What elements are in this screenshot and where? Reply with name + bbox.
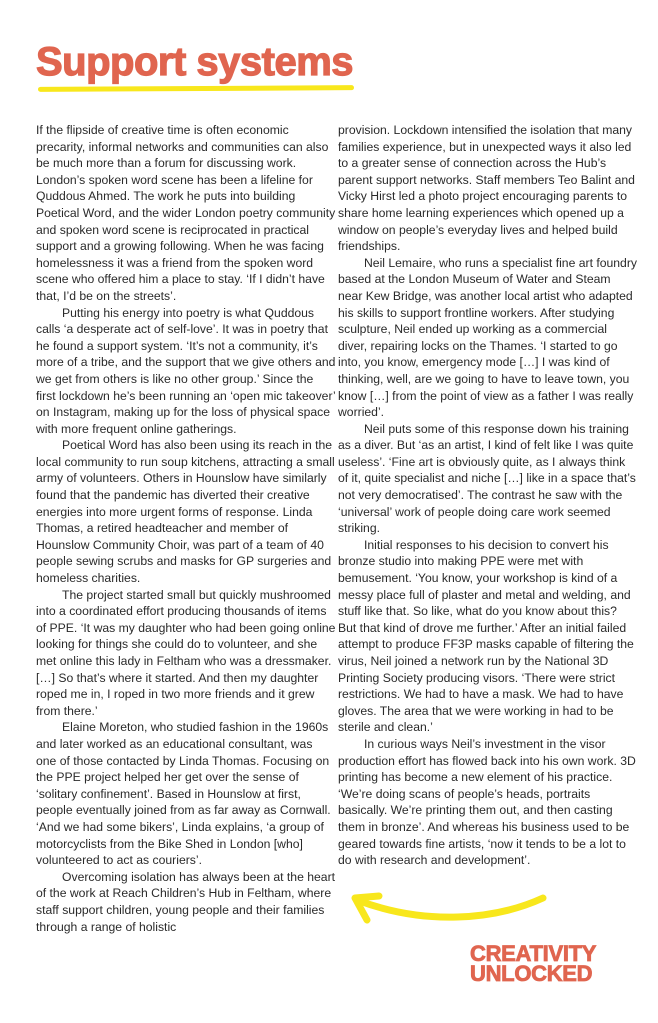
paragraph: The project started small but quickly mu…	[36, 587, 336, 720]
page-title: Support systems	[36, 40, 353, 84]
paragraph: Neil Lemaire, who runs a specialist fine…	[338, 255, 638, 421]
paragraph: Poetical Word has also been using its re…	[36, 437, 336, 586]
curved-arrow-icon	[345, 884, 565, 934]
paragraph: Neil puts some of this response down his…	[338, 421, 638, 537]
paragraph: If the flipside of creative time is ofte…	[36, 122, 336, 305]
article-column-left: If the flipside of creative time is ofte…	[36, 122, 336, 935]
logo-line-2: UNLOCKED	[470, 964, 596, 984]
creativity-unlocked-logo: CREATIVITY UNLOCKED	[470, 944, 596, 984]
title-underline	[38, 85, 354, 92]
paragraph: Putting his energy into poetry is what Q…	[36, 305, 336, 438]
paragraph: Initial responses to his decision to con…	[338, 537, 638, 736]
paragraph: Elaine Moreton, who studied fashion in t…	[36, 719, 336, 868]
article-column-right: provision. Lockdown intensified the isol…	[338, 122, 638, 869]
paragraph: In curious ways Neil’s investment in the…	[338, 736, 638, 869]
paragraph: Overcoming isolation has always been at …	[36, 869, 336, 935]
paragraph: provision. Lockdown intensified the isol…	[338, 122, 638, 255]
